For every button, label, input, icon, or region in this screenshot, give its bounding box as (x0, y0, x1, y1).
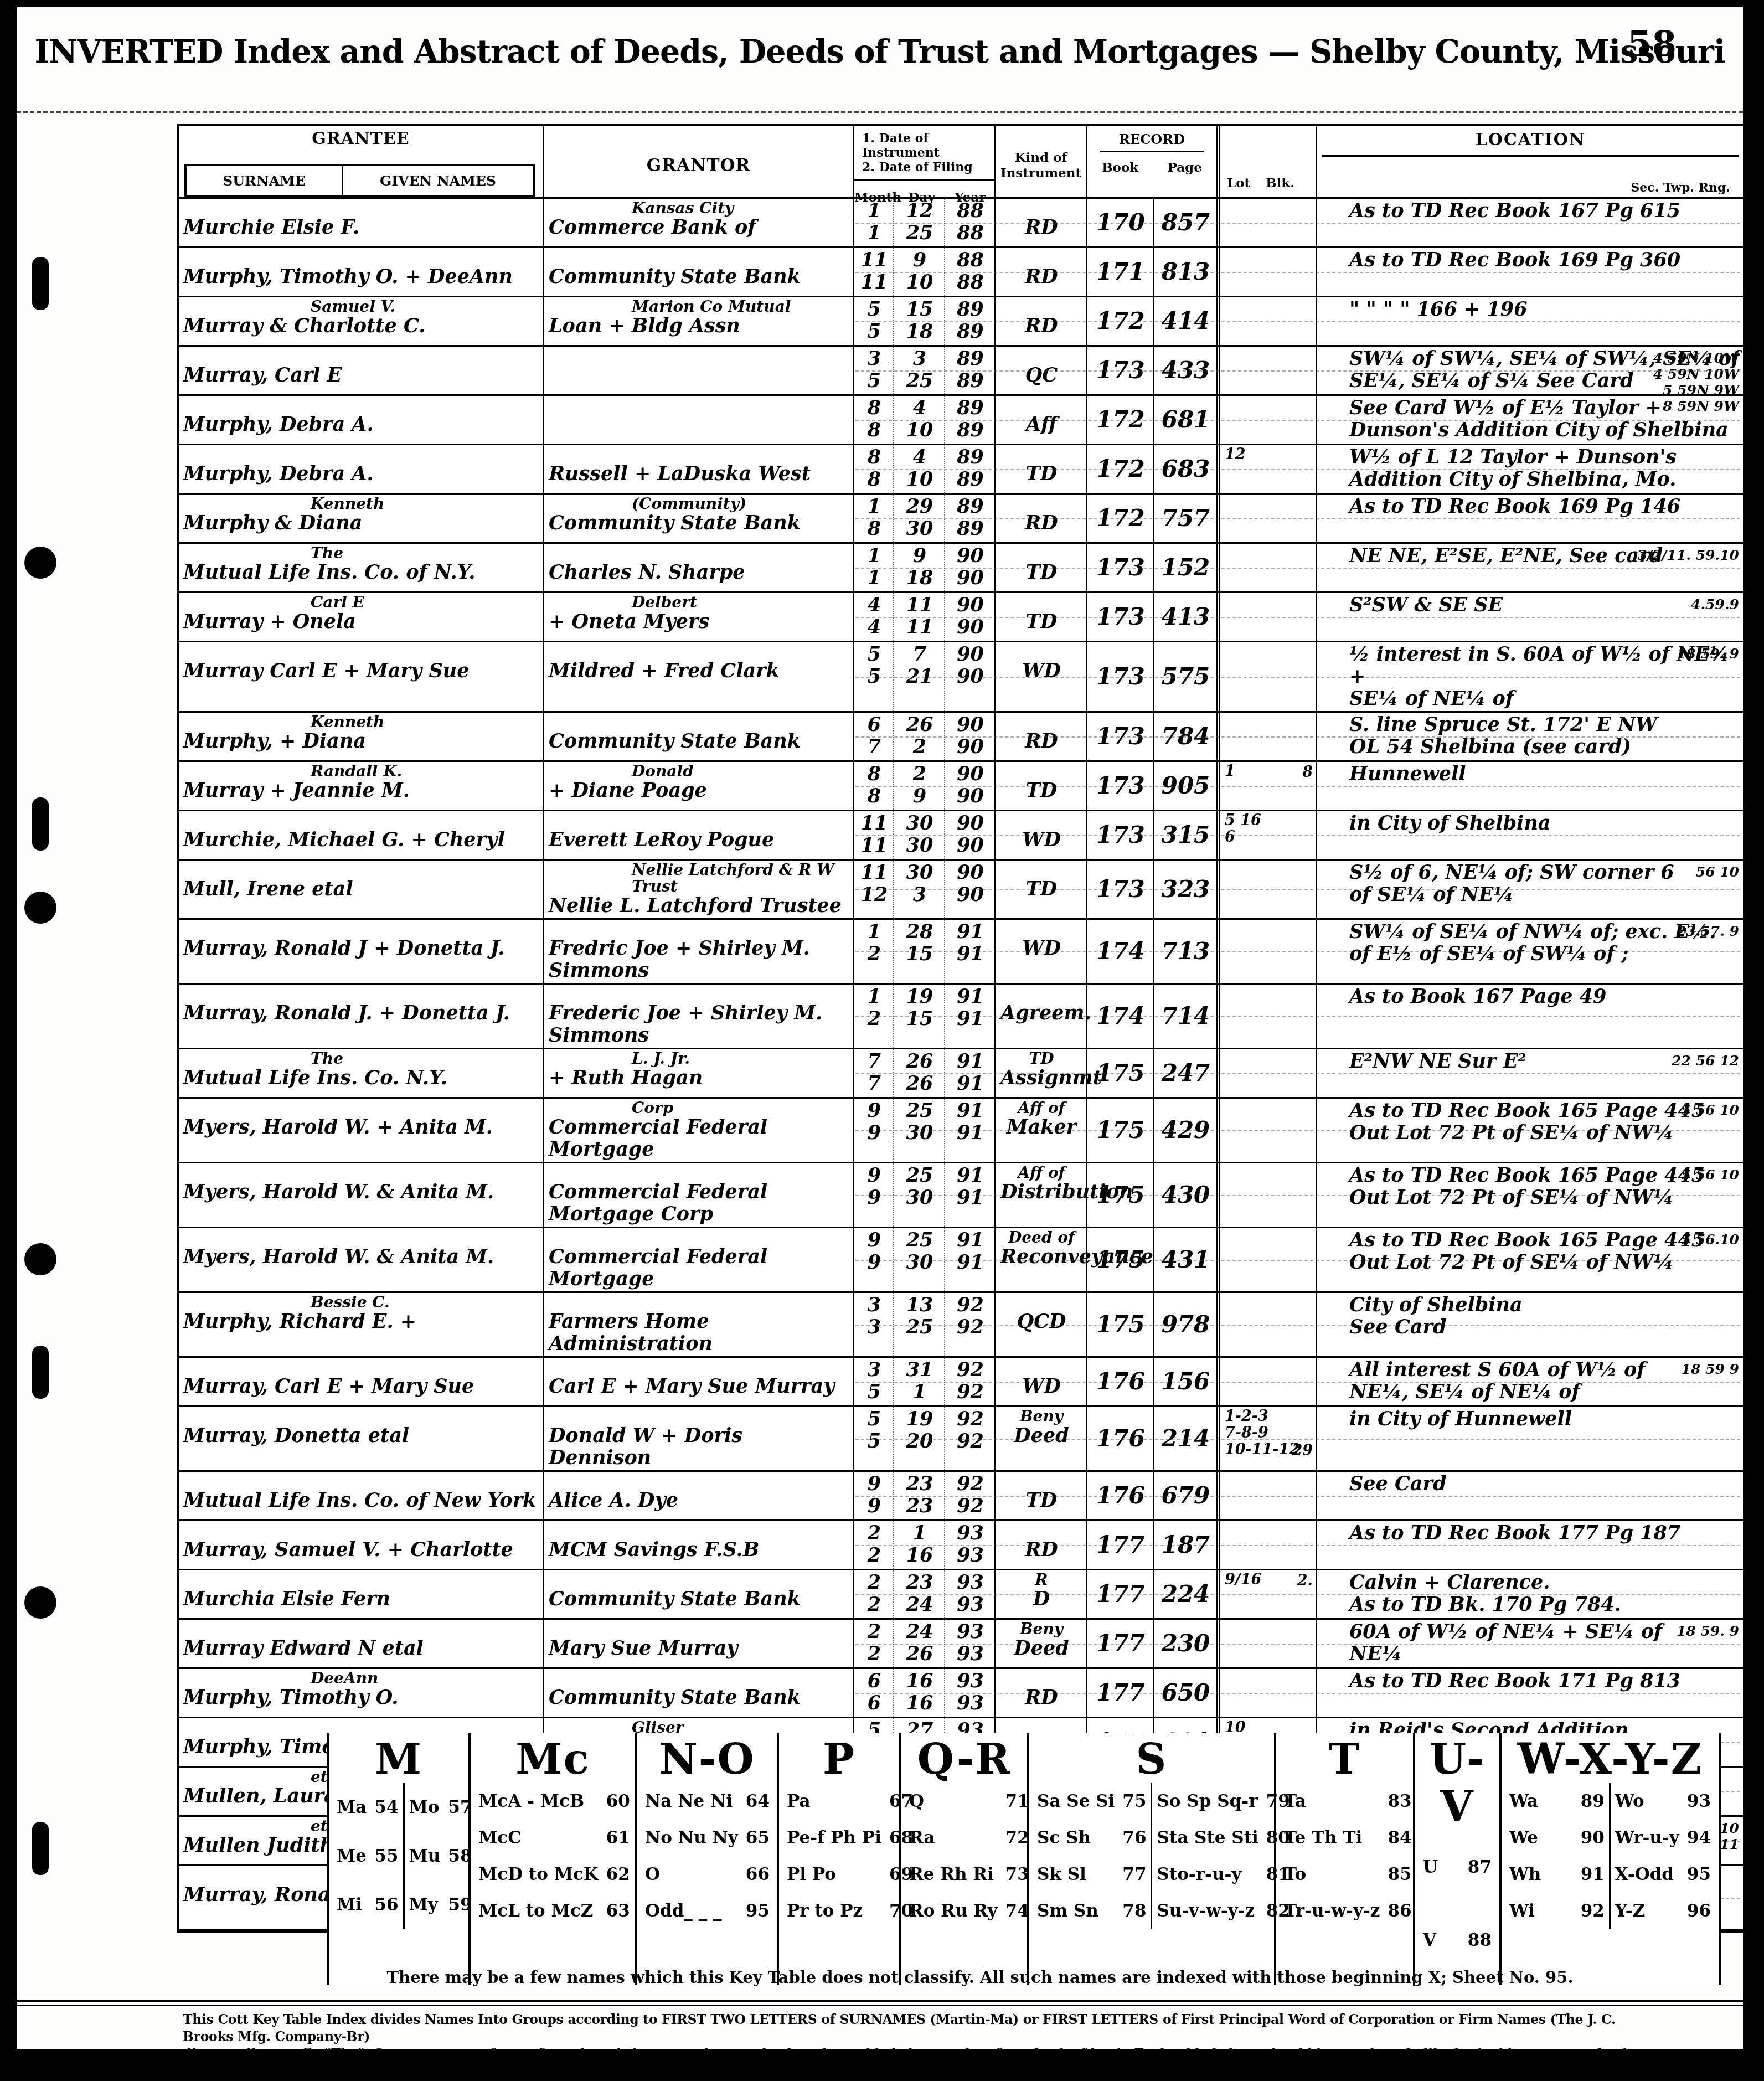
page-cell: 683 (1154, 445, 1220, 493)
grantee-cell: The Mutual Life Ins. Co. of N.Y. (179, 544, 544, 591)
month-instrument: 6 (859, 714, 890, 736)
binder-mark (24, 1586, 56, 1619)
location-line-2: NE¼ (1349, 1643, 1740, 1665)
book-cell: 175 (1087, 1228, 1154, 1291)
location-header: LOCATION Sec. Twp. Rng. (1317, 126, 1744, 205)
key-entry-range: Sm Sn (1037, 1901, 1098, 1921)
grantee-cell: DeeAnn Murphy, Timothy O. (179, 1669, 544, 1717)
year-cell: 92 92 (945, 1472, 996, 1519)
binder-mark (32, 797, 49, 851)
ledger-row: Kenneth Murphy, + Diana Community State … (179, 713, 1744, 762)
location-line-1: Hunnewell (1349, 763, 1740, 785)
key-entry-range: X-Odd (1615, 1864, 1674, 1884)
key-entry: Pa67 (787, 1791, 913, 1811)
ledger-row: Murray Carl E + Mary Sue Mildred + Fred … (179, 642, 1744, 713)
grantor-cell: MCM Savings F.S.B (544, 1521, 854, 1569)
key-entry: Tr-u-w-y-z86 (1284, 1901, 1412, 1921)
kind-main: Deed (1000, 1637, 1082, 1660)
grantor-cell: Community State Bank (544, 1570, 854, 1618)
key-entry-sheet-number: 83 (1388, 1791, 1411, 1811)
kind-cell: Aff of Distribution (996, 1163, 1087, 1227)
month-instrument: 9 (859, 1473, 890, 1495)
day-cell: 31 1 (894, 1358, 945, 1405)
month-instrument: 1 (859, 200, 890, 222)
grantor-upper-line (632, 446, 849, 463)
year-filing: 90 (950, 835, 991, 857)
book-cell: 172 (1087, 495, 1154, 542)
lot-blk-cell (1220, 985, 1317, 1048)
key-entry-sheet-number: 91 (1581, 1864, 1605, 1884)
year-instrument: 90 (950, 545, 991, 567)
lot-blk-cell (1220, 1472, 1317, 1519)
key-entry: Te Th Ti84 (1284, 1828, 1412, 1848)
grantee-upper-line (311, 1572, 539, 1588)
year-filing: 88 (950, 222, 991, 244)
key-entry-range: Pa (787, 1791, 811, 1811)
kind-upper (1000, 986, 1082, 1002)
grantee-upper-line (311, 862, 539, 878)
lot-blk-cell (1220, 495, 1317, 542)
grantor-cell (544, 347, 854, 394)
month-instrument: 1 (859, 545, 890, 567)
year-cell: 90 90 (945, 861, 996, 918)
day-instrument: 4 (899, 446, 941, 468)
grantee-upper-line (311, 249, 539, 266)
book-cell: 173 (1087, 762, 1154, 810)
key-entry-sheet-number: 76 (1122, 1828, 1146, 1848)
book-cell: 176 (1087, 1407, 1154, 1470)
month-instrument: 3 (859, 1294, 890, 1316)
key-entry-range: U (1423, 1857, 1438, 1877)
book-cell: 175 (1087, 1049, 1154, 1097)
grantee-name: Mutual Life Ins. Co. of N.Y. (183, 562, 539, 584)
key-entry-range: V (1423, 1930, 1436, 1950)
year-instrument: 89 (950, 348, 991, 370)
day-filing: 26 (899, 1643, 941, 1665)
year-instrument: 91 (950, 921, 991, 943)
location-line-1: As to TD Rec Book 169 Pg 360 (1349, 249, 1740, 271)
grantor-name: Carl E + Mary Sue Murray (549, 1376, 849, 1398)
key-entry: Ma54 (337, 1797, 399, 1817)
day-filing: 18 (899, 567, 941, 589)
page-cell: 757 (1154, 495, 1220, 542)
key-column: Ma54Me55Mi56 (332, 1783, 403, 1929)
page-cell: 679 (1154, 1472, 1220, 1519)
grantor-name: Commercial Federal Mortgage Corp (549, 1181, 849, 1225)
lot-blk-cell (1220, 544, 1317, 591)
grantor-cell: (Community) Community State Bank (544, 495, 854, 542)
location-cell: E²NW NE Sur E² 22 56 12 (1317, 1049, 1744, 1097)
day-instrument: 19 (899, 986, 941, 1008)
kind-header: Kind of Instrument (996, 126, 1087, 205)
key-entry-range: Pr to Pz (787, 1901, 863, 1921)
key-entry: We90 (1509, 1828, 1605, 1848)
year-filing: 88 (950, 271, 991, 293)
location-cell: All interest S 60A of W½ of NE¼, SE¼ of … (1317, 1358, 1744, 1405)
kind-cell: TD (996, 762, 1087, 810)
month-cell: 7 7 (854, 1049, 894, 1097)
key-entry-range: O (645, 1864, 660, 1884)
month-instrument: 1 (859, 921, 890, 943)
month-cell: 1 8 (854, 495, 894, 542)
day-filing: 2 (899, 736, 941, 758)
kind-cell: TD Assignmt (996, 1049, 1087, 1097)
month-instrument: 5 (859, 643, 890, 666)
key-entry-range: Wi (1509, 1901, 1535, 1921)
key-entry: Mo57 (409, 1797, 472, 1817)
grantee-cell: Murchie, Michael G. + Cheryl (179, 811, 544, 859)
year-cell: 90 90 (945, 762, 996, 810)
year-instrument: 93 (950, 1670, 991, 1692)
day-cell: 30 3 (894, 861, 945, 918)
grantor-cell: Corp Commercial Federal Mortgage (544, 1099, 854, 1162)
page-cell: 247 (1154, 1049, 1220, 1097)
key-entry: Me55 (337, 1846, 399, 1866)
ledger-row: Murchie Elsie F. Kansas City Commerce Ba… (179, 199, 1744, 248)
kind-upper (1000, 1473, 1082, 1490)
year-cell: 88 88 (945, 199, 996, 246)
grantee-name: Murphy, + Diana (183, 730, 539, 753)
grantor-cell: Nellie Latchford & R W Trust Nellie L. L… (544, 861, 854, 918)
grantee-name: Murray Edward N etal (183, 1637, 539, 1660)
kind-upper (1000, 862, 1082, 878)
month-instrument: 11 (859, 862, 890, 884)
kind-upper: Deed of (1000, 1229, 1082, 1246)
kind-main: RD (1000, 512, 1082, 534)
day-filing: 25 (899, 370, 941, 392)
grantee-name: Myers, Harold W. & Anita M. (183, 1246, 539, 1268)
kind-main: TD (1000, 780, 1082, 802)
grantor-name: Community State Bank (549, 266, 849, 288)
location-line-1: " " " " 166 + 196 (1349, 298, 1740, 321)
day-cell: 30 30 (894, 811, 945, 859)
key-entry: Wo93 (1615, 1791, 1711, 1811)
year-instrument: 89 (950, 496, 991, 518)
day-cell: 26 2 (894, 713, 945, 760)
day-instrument: 31 (899, 1359, 941, 1381)
grantor-cell: Donald + Diane Poage (544, 762, 854, 810)
key-entry-sheet-number: 73 (1005, 1864, 1029, 1884)
page-cell: 413 (1154, 593, 1220, 641)
key-group-label: T (1280, 1735, 1410, 1783)
key-entry-range: Ro Ru Ry (909, 1901, 998, 1921)
binder-mark (32, 1346, 49, 1399)
location-cell: As to TD Rec Book 171 Pg 813 (1317, 1669, 1744, 1717)
year-filing: 92 (950, 1495, 991, 1517)
key-entry-range: Tr-u-w-y-z (1284, 1901, 1380, 1921)
grantor-name: Mildred + Fred Clark (549, 660, 849, 682)
kind-main: RD (1000, 266, 1082, 288)
location-cell: As to TD Rec Book 169 Pg 146 (1317, 495, 1744, 542)
surname-label: SURNAME (187, 166, 343, 195)
ledger-row: Murray, Ronald J + Donetta J. Fredric Jo… (179, 920, 1744, 985)
grantor-upper-line: Delbert (632, 594, 849, 611)
kind-upper (1000, 1522, 1082, 1539)
key-entry-sheet-number: 66 (746, 1864, 770, 1884)
key-column: So Sp Sq-r79Sta Ste Sti80Sto-r-u-y81Su-v… (1151, 1783, 1294, 1929)
grantee-name: Myers, Harold W. & Anita M. (183, 1181, 539, 1203)
ledger-row: Murchia Elsie Fern Community State Bank … (179, 1570, 1744, 1620)
grantee-name: Mutual Life Ins. Co. of New York (183, 1490, 539, 1512)
ledger-table: GRANTEE SURNAME GIVEN NAMES GRANTOR 1. D… (177, 124, 1745, 1933)
day-instrument: 4 (899, 397, 941, 419)
lot-blk-cell (1220, 1669, 1317, 1717)
kind-main: TD (1000, 463, 1082, 485)
kind-main: WD (1000, 829, 1082, 851)
page-cell: 575 (1154, 642, 1220, 711)
grantor-upper-line: Kansas City (632, 200, 849, 217)
location-cell: " " " " 166 + 196 (1317, 297, 1744, 345)
ledger-row: Mull, Irene etal Nellie Latchford & R W … (179, 861, 1744, 920)
key-entry: McD to McK62 (478, 1864, 630, 1884)
year-instrument: 91 (950, 1050, 991, 1073)
kind-cell: R D (996, 1570, 1087, 1618)
day-instrument: 7 (899, 643, 941, 666)
ledger-row: Murray, Samuel V. + Charlotte MCM Saving… (179, 1521, 1744, 1570)
key-entry: Pe-f Ph Pi68 (787, 1828, 913, 1848)
grantee-upper-line (311, 397, 539, 414)
grantor-upper-line (632, 1522, 849, 1539)
key-group: N-ONa Ne Ni64No Nu Ny65O66Odd_ _ _95 (637, 1733, 779, 1985)
sec-twp-rng-label: Sec. Twp. Rng. (1631, 181, 1730, 195)
grantor-upper-line (632, 348, 849, 364)
footer-line-1: This Cott Key Table Index divides Names … (183, 2011, 1633, 2046)
key-group-columns: Ma54Me55Mi56Mo57Mu58My59 (332, 1783, 465, 1977)
month-instrument: 8 (859, 763, 890, 785)
grantee-upper-line: Randall K. (311, 763, 539, 780)
grantor-cell: Community State Bank (544, 713, 854, 760)
kind-cell: RD (996, 199, 1087, 246)
month-filing: 2 (859, 1008, 890, 1030)
sec-twp-rng-value: 18 59 9 (1682, 1361, 1739, 1377)
sec-twp-rng-value: 3/2/11. 59.10 (1637, 547, 1739, 563)
kind-cell: Beny Deed (996, 1620, 1087, 1667)
grantee-upper-line (311, 348, 539, 364)
book-cell: 173 (1087, 347, 1154, 394)
kind-main: Reconveyance (1000, 1246, 1082, 1268)
year-cell: 93 93 (945, 1521, 996, 1569)
grantee-name: Murray, Samuel V. + Charlotte (183, 1539, 539, 1561)
key-entry-range: Su-v-w-y-z (1157, 1901, 1255, 1921)
key-column: U87V88 (1419, 1831, 1496, 1977)
location-cell: SW¼ of SE¼ of NW¼ of; exc. E½. of E½ of … (1317, 920, 1744, 983)
grantor-upper-line (632, 249, 849, 266)
key-entry-range: Q (909, 1791, 924, 1811)
sec-twp-rng-value: 4.59.9 (1691, 596, 1739, 612)
lot-blk-cell: 5 16 6 (1220, 811, 1317, 859)
page-cell: 152 (1154, 544, 1220, 591)
sec-twp-rng-value: 23.57. 9 (1677, 923, 1739, 939)
key-entry-range: Wo (1615, 1791, 1644, 1811)
location-line-1: As to Book 167 Page 49 (1349, 986, 1740, 1008)
key-entry: Sta Ste Sti80 (1157, 1828, 1290, 1848)
month-instrument: 8 (859, 397, 890, 419)
year-cell: 90 90 (945, 642, 996, 711)
key-entry: McA - McB60 (478, 1791, 630, 1811)
kind-upper (1000, 812, 1082, 829)
key-group-label: N-O (641, 1735, 773, 1783)
grantor-name: + Ruth Hagan (549, 1067, 849, 1089)
page-cell: 429 (1154, 1099, 1220, 1162)
ledger-body: Murchie Elsie F. Kansas City Commerce Ba… (179, 199, 1744, 1931)
month-cell: 11 12 (854, 861, 894, 918)
key-entry-sheet-number: 93 (1687, 1791, 1711, 1811)
ledger-row: Myers, Harold W. + Anita M. Corp Commerc… (179, 1099, 1744, 1163)
kind-upper (1000, 1359, 1082, 1376)
location-line-1: S½ of 6, NE¼ of; SW corner 6 (1349, 862, 1740, 884)
key-table: MMa54Me55Mi56Mo57Mu58My59McMcA - McB60Mc… (327, 1733, 1721, 1985)
day-instrument: 13 (899, 1294, 941, 1316)
key-entry-sheet-number: 95 (1687, 1864, 1711, 1884)
key-entry: Na Ne Ni64 (645, 1791, 770, 1811)
month-cell: 3 5 (854, 1358, 894, 1405)
ledger-row: Myers, Harold W. & Anita M. Commercial F… (179, 1228, 1744, 1293)
grantor-cell: Community State Bank (544, 1669, 854, 1717)
kind-upper (1000, 397, 1082, 414)
kind-cell: RD (996, 495, 1087, 542)
key-entry-range: Wa (1509, 1791, 1538, 1811)
location-cell: See Card W½ of E½ Taylor + Dunson's Addi… (1317, 396, 1744, 444)
grantor-upper-line: (Community) (632, 496, 849, 512)
year-filing: 91 (950, 1073, 991, 1095)
year-filing: 91 (950, 1122, 991, 1144)
page-cell: 315 (1154, 811, 1220, 859)
page-cell: 784 (1154, 713, 1220, 760)
year-cell: 92 92 (945, 1293, 996, 1356)
year-cell: 89 89 (945, 396, 996, 444)
kind-cell: QCD (996, 1293, 1087, 1356)
key-column: Q71Ra72Re Rh Ri73Ro Ru Ry74 (905, 1783, 1034, 1929)
location-cell: As to TD Rec Book 165 Page 445 Out Lot 7… (1317, 1228, 1744, 1291)
grantee-name: Murchia Elsie Fern (183, 1588, 539, 1610)
day-instrument: 30 (899, 862, 941, 884)
day-cell: 26 26 (894, 1049, 945, 1097)
grantee-name: Mutual Life Ins. Co. N.Y. (183, 1067, 539, 1089)
kind-main: RD (1000, 1539, 1082, 1561)
key-entry-range: Ma (337, 1797, 367, 1817)
page-cell: 224 (1154, 1570, 1220, 1618)
book-cell: 177 (1087, 1620, 1154, 1667)
day-filing: 1 (899, 1381, 941, 1403)
ledger-row: Murchie, Michael G. + Cheryl Everett LeR… (179, 811, 1744, 861)
day-filing: 10 (899, 419, 941, 441)
year-cell: 88 88 (945, 248, 996, 296)
year-filing: 89 (950, 518, 991, 540)
grantor-upper-line (632, 1359, 849, 1376)
key-entry-range: Mu (409, 1846, 441, 1866)
book-cell: 173 (1087, 642, 1154, 711)
kind-main: TD (1000, 611, 1082, 633)
key-entry-sheet-number: 71 (1005, 1791, 1029, 1811)
binder-mark (32, 1822, 49, 1875)
key-group: Q-RQ71Ra72Re Rh Ri73Ro Ru Ry74 (901, 1733, 1029, 1985)
key-entry-sheet-number: 59 (448, 1895, 472, 1915)
month-filing: 5 (859, 370, 890, 392)
book-cell: 173 (1087, 811, 1154, 859)
key-entry: Sto-r-u-y81 (1157, 1864, 1290, 1884)
key-entry-range: Sta Ste Sti (1157, 1828, 1258, 1848)
grantor-name: Farmers Home Administration (549, 1311, 849, 1355)
year-instrument: 89 (950, 397, 991, 419)
location-line-2: OL 54 Shelbina (see card) (1349, 736, 1740, 758)
lot-blk-cell (1220, 1049, 1317, 1097)
day-cell: 13 25 (894, 1293, 945, 1356)
key-entry: Wi92 (1509, 1901, 1605, 1921)
year-instrument: 90 (950, 812, 991, 835)
key-entry-range: We (1509, 1828, 1538, 1848)
book-cell: 177 (1087, 1521, 1154, 1569)
book-cell: 175 (1087, 1099, 1154, 1162)
key-group: U-VU87V88 (1415, 1733, 1502, 1985)
day-filing: 9 (899, 785, 941, 807)
year-filing: 93 (950, 1643, 991, 1665)
month-cell: 2 2 (854, 1521, 894, 1569)
grantee-cell: Myers, Harold W. & Anita M. (179, 1228, 544, 1291)
scan-edge-bottom (0, 2049, 1764, 2081)
lot-blk-cell (1220, 593, 1317, 641)
location-cell: As to TD Rec Book 177 Pg 187 (1317, 1521, 1744, 1569)
location-line-1: in City of Shelbina (1349, 812, 1740, 835)
grantor-cell: Fredric Joe + Shirley M. Simmons (544, 920, 854, 983)
key-entry-range: Re Rh Ri (909, 1864, 994, 1884)
day-cell: 25 30 (894, 1099, 945, 1162)
grantee-cell: The Mutual Life Ins. Co. N.Y. (179, 1049, 544, 1097)
kind-main: TD (1000, 562, 1082, 584)
key-entry-range: Na Ne Ni (645, 1791, 733, 1811)
kind-upper (1000, 249, 1082, 266)
key-column: Ta83Te Th Ti84To85Tr-u-w-y-z86 (1280, 1783, 1416, 1929)
year-cell: 93 93 (945, 1620, 996, 1667)
month-filing: 9 (859, 1251, 890, 1274)
key-entry: Ra72 (909, 1828, 1029, 1848)
month-cell: 9 9 (854, 1228, 894, 1291)
location-cell: ½ interest in S. 60A of W½ of NE¼ + SE¼ … (1317, 642, 1744, 711)
grantee-name: Murray Carl E + Mary Sue (183, 660, 539, 682)
day-filing: 21 (899, 666, 941, 688)
grantor-name: Community State Bank (549, 730, 849, 753)
key-column: Mo57Mu58My59 (403, 1783, 477, 1929)
page-cell: 323 (1154, 861, 1220, 918)
sec-twp-rng-value: 5 56 10 (1682, 1102, 1739, 1118)
key-entry: Sa Se Si75 (1037, 1791, 1146, 1811)
day-filing: 30 (899, 1251, 941, 1274)
year-instrument: 88 (950, 249, 991, 271)
book-cell: 173 (1087, 593, 1154, 641)
grantee-cell: Myers, Harold W. + Anita M. (179, 1099, 544, 1162)
book-cell: 172 (1087, 396, 1154, 444)
book-cell: 174 (1087, 985, 1154, 1048)
year-cell: 92 92 (945, 1407, 996, 1470)
ledger-row: Murray, Carl E 3 5 3 25 89 89 QC 173 433 (179, 347, 1744, 396)
key-entry-range: Sto-r-u-y (1157, 1864, 1241, 1884)
lot-blk-header: Lot Blk. (1220, 126, 1317, 205)
kind-cell: RD (996, 297, 1087, 345)
month-instrument: 2 (859, 1522, 890, 1544)
day-cell: 9 10 (894, 248, 945, 296)
key-entry-sheet-number: 54 (374, 1797, 398, 1817)
lot-value: 12 (1225, 446, 1313, 463)
kind-upper (1000, 1294, 1082, 1311)
day-filing: 25 (899, 1316, 941, 1338)
kind-main: RD (1000, 730, 1082, 753)
kind-cell: RD (996, 248, 1087, 296)
grantee-name: Murray, Carl E + Mary Sue (183, 1376, 539, 1398)
key-group-label: W-X-Y-Z (1505, 1735, 1715, 1783)
location-line-1: W½ of L 12 Taylor + Dunson's (1349, 446, 1740, 468)
grantor-name: Russell + LaDuska West (549, 463, 849, 485)
month-filing: 2 (859, 943, 890, 965)
key-entry-range: McD to McK (478, 1864, 599, 1884)
